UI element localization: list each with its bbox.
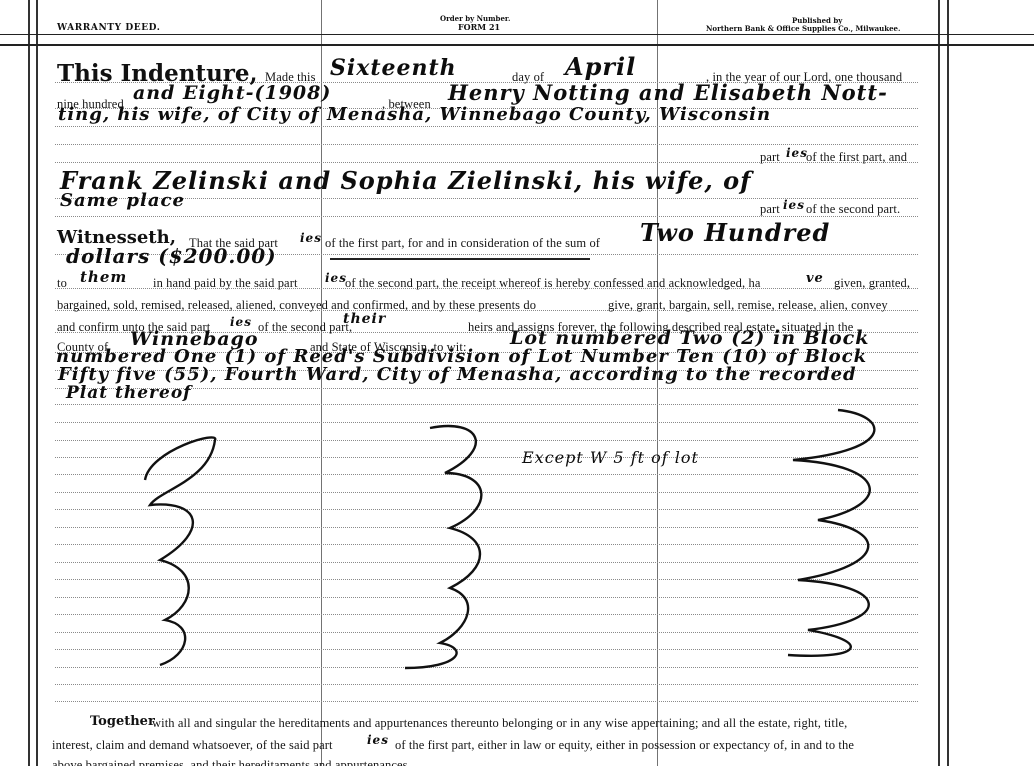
together-line2-part1: interest, claim and demand whatsoever, o… (52, 738, 333, 753)
together-line1: with all and singular the hereditaments … (152, 716, 847, 731)
grantor-line2: ting, his wife, of City of Menasha, Winn… (58, 104, 771, 125)
form-number: FORM 21 (458, 22, 500, 32)
blank-fill-squiggle-center (400, 418, 500, 673)
ruled-line (55, 144, 918, 145)
day-value: Sixteenth (330, 55, 457, 81)
right-margin-rule-inner (938, 0, 940, 766)
second-part-prefix: part (760, 202, 780, 217)
witnesseth-hand4: ve (806, 271, 824, 286)
heirs-value: their (343, 311, 386, 327)
right-margin-rule-outer (947, 0, 949, 766)
witnesseth-hand1: ies (300, 231, 322, 245)
second-part-suffix: ies (783, 198, 805, 212)
to-label: to (57, 276, 67, 291)
left-margin-rule-inner (36, 0, 38, 766)
publisher-line2: Northern Bank & Office Supplies Co., Mil… (706, 24, 900, 33)
first-part-prefix: part (760, 150, 780, 165)
second-part-text: of the second part. (806, 202, 900, 217)
together-line2-hand: ies (367, 733, 389, 747)
grantee-line2: Same place (60, 190, 185, 211)
confirm-hand: ies (230, 315, 252, 329)
bargained-line: bargained, sold, remised, released, alie… (57, 298, 536, 313)
legal-line3: Fifty five (55), Fourth Ward, City of Me… (58, 364, 857, 385)
witnesseth-text4: of the second part, the receipt whereof … (345, 276, 760, 291)
sum-strike-line (330, 258, 590, 260)
ruled-line (55, 162, 918, 163)
together-line3: above bargained premises, and their here… (52, 758, 411, 766)
deed-page: WARRANTY DEED. Order by Number. FORM 21 … (0, 0, 1034, 766)
witnesseth-hand3: ies (325, 271, 347, 285)
grantor-line1: Henry Notting and Elisabeth Nott- (448, 80, 888, 105)
exception-note: Except W 5 ft of lot (522, 448, 699, 467)
together-heading: Together (90, 714, 155, 729)
first-part-suffix: ies (786, 146, 808, 160)
witnesseth-text2: of the first part, for and in considerat… (325, 236, 600, 251)
to-value: them (80, 268, 127, 286)
blank-fill-squiggle-left (140, 420, 230, 670)
form-title: WARRANTY DEED. (57, 23, 160, 33)
sum-value-line1: Two Hundred (640, 218, 830, 247)
ruled-line (55, 126, 918, 127)
year-value: and Eight-(1908) (133, 82, 331, 104)
ruled-line (55, 216, 918, 217)
witnesseth-text5: given, granted, (834, 276, 910, 291)
ruled-line (55, 701, 918, 702)
header-rule-bottom (0, 44, 1034, 46)
sum-value-line2: dollars ($200.00) (66, 244, 277, 268)
blank-fill-squiggle-right (788, 405, 898, 665)
witnesseth-text3: in hand paid by the said part (153, 276, 298, 291)
legal-line4: Plat thereof (66, 383, 191, 403)
give-line: give, grant, bargain, sell, remise, rele… (608, 298, 888, 313)
first-part-text: of the first part, and (806, 150, 907, 165)
ruled-line (55, 684, 918, 685)
together-line2-part2: of the first part, either in law or equi… (395, 738, 854, 753)
header-rule-top (0, 34, 1034, 35)
month-value: April (565, 52, 636, 81)
left-margin-rule-outer (28, 0, 30, 766)
confirm-line-part2: of the second part, (258, 320, 352, 335)
